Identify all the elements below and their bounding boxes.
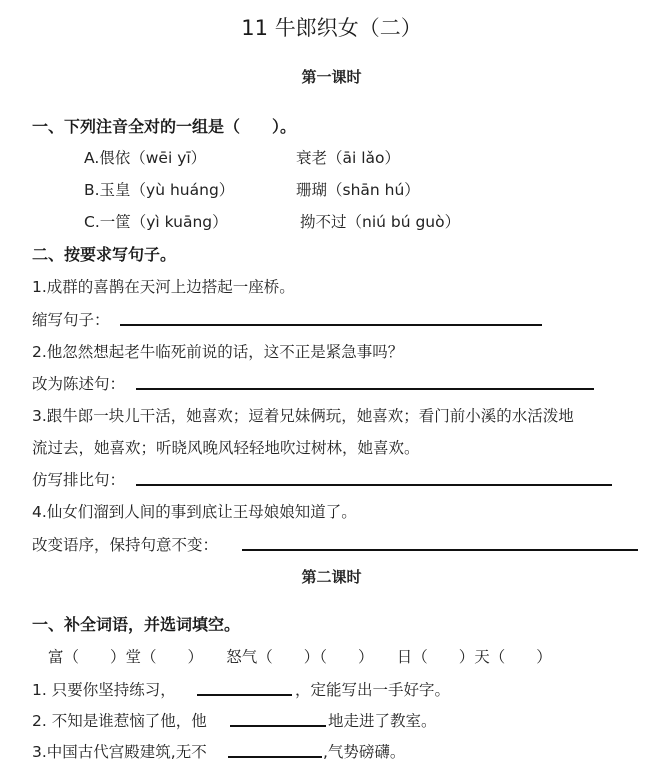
- option-b-left: B.玉皇（yù huáng）: [84, 178, 234, 200]
- option-a-right: 衰老（āi lǎo）: [296, 146, 400, 168]
- fill-2-after: 地走进了教室。: [328, 709, 437, 731]
- fill-blank-1[interactable]: [197, 694, 292, 696]
- lesson1-q2-heading: 二、按要求写句子。: [32, 242, 176, 265]
- fill-blank-2[interactable]: [230, 725, 326, 727]
- sentence-3-line-2: 流过去，她喜欢；听晓风晚风轻轻地吹过树林，她喜欢。: [32, 436, 420, 458]
- page-title: 11 牛郎织女（二）: [0, 12, 663, 42]
- fill-1-before: 1. 只要你坚持练习，: [32, 678, 176, 700]
- fill-1-after: ，定能写出一手好字。: [295, 678, 450, 700]
- lesson-1-label: 第一课时: [0, 66, 663, 87]
- option-a-left: A.偎依（wēi yī）: [84, 146, 206, 168]
- prompt-3: 仿写排比句：: [32, 468, 125, 490]
- fill-blank-3[interactable]: [228, 756, 322, 758]
- fill-2-before: 2. 不知是谁惹恼了他，他: [32, 709, 207, 731]
- option-c-right: 拗不过（niú bú guò）: [300, 210, 460, 232]
- sentence-2: 2.他忽然想起老牛临死前说的话，这不正是紧急事吗？: [32, 340, 403, 362]
- option-b-right: 珊瑚（shān hú）: [296, 178, 420, 200]
- prompt-4: 改变语序，保持句意不变：: [32, 533, 218, 555]
- answer-line-2[interactable]: [136, 388, 594, 390]
- sentence-3-line-1: 3.跟牛郎一块儿干活，她喜欢；逗着兄妹俩玩，她喜欢；看门前小溪的水活泼地: [32, 404, 574, 426]
- answer-line-1[interactable]: [120, 324, 542, 326]
- fill-3-before: 3.中国古代宫殿建筑,无不: [32, 740, 207, 762]
- lesson1-q1-heading: 一、下列注音全对的一组是（ ）。: [32, 114, 296, 137]
- answer-line-3[interactable]: [136, 484, 612, 486]
- prompt-2: 改为陈述句：: [32, 372, 125, 394]
- sentence-1: 1.成群的喜鹊在天河上边搭起一座桥。: [32, 275, 295, 297]
- option-c-left: C.一筐（yì kuāng）: [84, 210, 228, 232]
- word-completion-row: 富（ ）堂（ ） 怒气（ ）（ ） 日（ ）天（ ）: [48, 645, 552, 667]
- fill-3-after: ,气势磅礴。: [323, 740, 405, 762]
- prompt-1: 缩写句子：: [32, 308, 110, 330]
- answer-line-4[interactable]: [242, 549, 638, 551]
- lesson-2-label: 第二课时: [0, 566, 663, 587]
- sentence-4: 4.仙女们溜到人间的事到底让王母娘娘知道了。: [32, 500, 357, 522]
- lesson2-q1-heading: 一、补全词语，并选词填空。: [32, 612, 240, 635]
